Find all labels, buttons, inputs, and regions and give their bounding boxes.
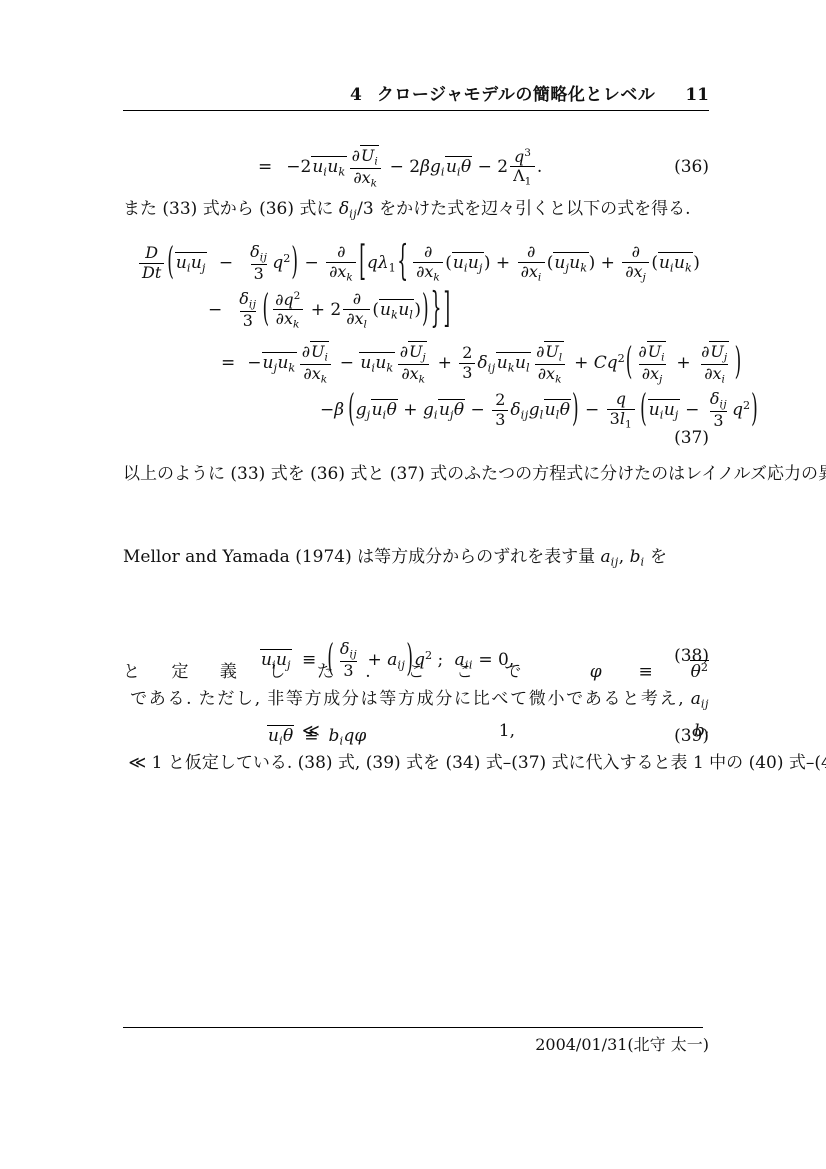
math-token: Λ xyxy=(513,166,525,185)
math-token: x xyxy=(713,364,722,383)
math-token: ∂ xyxy=(704,364,712,383)
math-token: ∂q2∂xk xyxy=(272,290,303,331)
equation-number: (37) xyxy=(674,428,709,448)
math-token: ij xyxy=(249,299,257,311)
math-token: x xyxy=(634,262,643,281)
math-token: u xyxy=(398,300,409,320)
math-token: ∂ xyxy=(701,342,709,361)
math-token: 2 xyxy=(462,343,472,362)
page-footer: 2004/01/31(北守 太一) xyxy=(123,1032,709,1055)
math-token: u xyxy=(312,157,323,177)
math-token: g xyxy=(430,157,441,177)
math-token: i xyxy=(705,729,709,742)
page-header: 4 クロージャモデルの簡略化とレベル 11 xyxy=(123,84,709,106)
math-token: j xyxy=(202,262,206,275)
math-token: + xyxy=(491,253,516,273)
math-token: ) xyxy=(572,392,579,429)
math-token: a xyxy=(601,547,611,567)
math-token: ∂ xyxy=(337,242,345,261)
math-token: ∂Ui∂xj xyxy=(635,341,669,386)
math-token: δ xyxy=(477,353,487,373)
section-number: 4 xyxy=(350,84,362,106)
math-token: ij xyxy=(349,208,357,221)
math-token: [ xyxy=(359,243,366,284)
math-token: ukul xyxy=(496,352,531,375)
math-token: ∂ xyxy=(424,242,432,261)
math-token: ( xyxy=(651,253,658,273)
math-token: 2 xyxy=(701,661,708,674)
math-token: } xyxy=(431,290,442,331)
math-token: 1 xyxy=(389,262,397,275)
paragraph-mellor-yamada: Mellor and Yamada (1974) は等方成分からのずれを表す量 … xyxy=(123,545,709,575)
math-token: 3 xyxy=(240,311,256,331)
math-token: − xyxy=(247,353,261,373)
math-token: ∂xj xyxy=(622,262,649,284)
math-token: ∂ xyxy=(400,342,408,361)
equation-line: −β(gjuiθ + giujθ − 23δijglulθ) − q3l1(ui… xyxy=(123,384,709,428)
math-token: u xyxy=(515,353,526,373)
math-token: uiuk xyxy=(658,252,693,275)
math-token: ∂ xyxy=(421,243,435,262)
math-token: ≡ xyxy=(602,662,690,682)
math-token: ij xyxy=(521,409,529,422)
math-token: ) xyxy=(735,345,742,382)
math-token: q3Λ1 xyxy=(510,147,535,188)
math-token: 1 xyxy=(525,176,532,188)
math-token: , xyxy=(619,547,630,567)
math-token: ) xyxy=(693,253,700,273)
math-token: ∂∂xi xyxy=(518,243,545,284)
math-token: ( xyxy=(372,300,379,320)
math-token: g xyxy=(529,400,540,420)
math-token: ) xyxy=(422,292,429,329)
math-token: x xyxy=(546,364,555,383)
math-token: x xyxy=(650,364,659,383)
math-token: i xyxy=(705,729,709,742)
math-token: 3 xyxy=(610,409,620,428)
math-token: u xyxy=(545,400,556,420)
math-token: DDt xyxy=(139,244,164,283)
math-token: ij xyxy=(260,252,268,264)
document-page: 4 クロージャモデルの簡略化とレベル 11 =−2uiuk∂Ui∂xk − 2β… xyxy=(0,0,826,1169)
math-token: i xyxy=(374,155,378,167)
math-token: i xyxy=(661,352,665,364)
math-token: D xyxy=(142,263,155,282)
math-token: ≪ 1 と仮定している. (38) 式, (39) 式を (34) 式–(37)… xyxy=(123,753,826,773)
math-token: δij3 xyxy=(247,243,270,284)
math-token: を xyxy=(645,547,667,567)
math-token: k xyxy=(338,166,345,179)
math-token: q xyxy=(607,353,618,373)
math-token: x xyxy=(284,309,293,328)
math-token: i xyxy=(538,272,542,284)
math-token: φ xyxy=(590,662,602,682)
math-token: ≪ 1, xyxy=(123,721,694,741)
math-token: ujuk xyxy=(553,252,588,275)
math-token: ∂xj xyxy=(639,364,666,386)
math-token: Dt xyxy=(139,263,164,283)
math-token: u xyxy=(497,353,508,373)
math-token: uiθ xyxy=(445,156,472,179)
math-token: 2 xyxy=(294,290,301,302)
math-token: x xyxy=(312,364,321,383)
math-token: また (33) 式から (36) 式に xyxy=(123,199,339,219)
math-token: ukul xyxy=(379,299,414,322)
math-token: ij xyxy=(701,697,709,710)
math-token: 3 xyxy=(495,410,505,429)
math-token: ∂ xyxy=(642,364,650,383)
math-token: 3l1 xyxy=(607,409,635,431)
math-token: k xyxy=(433,272,440,284)
math-token: u xyxy=(446,157,457,177)
math-token: Ui xyxy=(360,145,379,168)
math-token: q xyxy=(514,147,524,166)
math-token: ∂ xyxy=(638,342,646,361)
math-token: Ui xyxy=(310,341,329,364)
math-token: u xyxy=(554,253,565,273)
math-token: − xyxy=(680,400,705,420)
math-token: ∂Ui xyxy=(299,341,333,364)
math-token: l xyxy=(526,362,530,375)
math-token: l xyxy=(526,362,530,375)
math-token: ∂∂xk xyxy=(413,243,443,284)
math-token: ∂ xyxy=(302,342,310,361)
math-token: l xyxy=(364,318,368,330)
math-token: ij xyxy=(260,252,268,264)
math-token: 2 xyxy=(618,352,625,365)
math-token: k xyxy=(288,362,295,375)
math-token: 2 xyxy=(495,390,505,409)
math-token: k xyxy=(346,272,353,284)
math-token: δij xyxy=(337,640,360,661)
math-token: D xyxy=(142,244,161,263)
math-token: j xyxy=(643,272,647,284)
math-token: である. ただし, 非等方成分は等方成分に比べて微小であると考え, xyxy=(123,689,691,709)
math-token: g xyxy=(356,400,367,420)
math-token: ( xyxy=(167,245,174,282)
math-token: ∂ xyxy=(632,242,640,261)
math-token: k xyxy=(580,262,587,275)
math-token: 23 xyxy=(492,391,508,430)
math-token: θ xyxy=(454,400,464,420)
math-token: k xyxy=(293,319,300,331)
math-token: 1 xyxy=(625,419,632,431)
math-token: ( xyxy=(640,392,647,429)
math-token: θ xyxy=(387,400,397,420)
math-token: = xyxy=(221,353,235,373)
math-token: q xyxy=(616,389,626,408)
math-token: 3 xyxy=(713,411,723,430)
math-token: 2 xyxy=(283,252,290,265)
math-token: u xyxy=(453,253,464,273)
math-token: U xyxy=(545,342,558,361)
math-token: ∂Uj∂xi xyxy=(698,341,732,386)
math-token: u xyxy=(375,353,386,373)
math-token: − xyxy=(208,300,222,320)
math-token: + xyxy=(569,353,594,373)
math-token: ∂ xyxy=(353,289,361,308)
math-token: ∂xk xyxy=(398,364,428,386)
math-token: + xyxy=(671,353,696,373)
math-token: δ xyxy=(239,289,249,308)
math-token: 2 xyxy=(492,391,508,410)
math-token: 2 xyxy=(497,157,508,177)
math-token: i xyxy=(538,272,542,284)
math-token: j xyxy=(643,272,647,284)
math-token: δ xyxy=(339,199,349,219)
math-token: 3 xyxy=(524,147,531,159)
math-token: U xyxy=(361,146,374,165)
math-token: − xyxy=(334,353,359,373)
math-token: 3 xyxy=(462,363,472,382)
math-token: ∂∂xj xyxy=(622,243,649,284)
math-token: δ xyxy=(250,242,260,261)
math-token: k xyxy=(508,362,515,375)
math-token: i xyxy=(374,155,378,167)
equation-number: (36) xyxy=(674,157,709,177)
math-token: ∂Uj xyxy=(698,341,732,364)
math-token: 23 xyxy=(459,344,475,383)
math-token: u xyxy=(360,353,371,373)
math-token: 2 xyxy=(294,290,301,302)
math-token: ∂Ul∂xk xyxy=(533,341,567,386)
math-token: q3 xyxy=(511,147,534,167)
math-token: k xyxy=(580,262,587,275)
math-token: δij xyxy=(707,390,730,411)
math-token: 2 xyxy=(283,252,290,265)
math-token: ij xyxy=(719,399,727,411)
math-token: δij xyxy=(247,243,270,264)
equation-number-row: (37) xyxy=(123,428,709,448)
math-token: ) xyxy=(291,245,298,282)
math-token: g xyxy=(423,400,434,420)
math-token: uiuj xyxy=(452,252,484,275)
math-token: + xyxy=(305,300,330,320)
math-token: . xyxy=(537,157,542,177)
footer-date-author: 2004/01/31(北守 太一) xyxy=(535,1035,709,1054)
math-token: ∂ xyxy=(629,243,643,262)
math-token: ( xyxy=(445,253,452,273)
equation-line: =−ujuk∂Ui∂xk − uiuk∂Uj∂xk + 23δijukul∂Ul… xyxy=(123,334,709,384)
math-token: j xyxy=(479,262,483,275)
math-token: + xyxy=(432,353,457,373)
math-token: U xyxy=(311,342,324,361)
math-token: ulθ xyxy=(544,399,571,422)
math-token: 3 xyxy=(524,147,531,159)
math-token: u xyxy=(327,157,338,177)
header-rule xyxy=(123,110,709,111)
math-token: ∂xi xyxy=(518,262,545,284)
math-token: 3 xyxy=(243,311,253,330)
math-token: b xyxy=(694,721,705,741)
math-token: − xyxy=(472,157,497,177)
math-token: ∂Uj∂xk xyxy=(397,341,431,386)
math-token: x xyxy=(362,168,371,187)
math-token: x xyxy=(355,309,364,328)
math-token: k xyxy=(685,262,692,275)
math-token: ∂Ui xyxy=(349,145,383,168)
math-token: Λ1 xyxy=(510,166,535,188)
math-token: 2 xyxy=(743,399,750,412)
math-token: j xyxy=(724,352,728,364)
math-token: 2 xyxy=(743,399,750,412)
math-token: ] xyxy=(443,290,450,331)
math-token: k xyxy=(508,362,515,375)
math-token: δij3 xyxy=(236,290,259,331)
math-token: 1 xyxy=(625,419,632,431)
math-token: ∂Ui xyxy=(635,341,669,364)
math-token: k xyxy=(386,362,393,375)
equation-line: −δij3(∂q2∂xk + 2∂∂xl(ukul))}] xyxy=(123,286,709,334)
math-token: t xyxy=(155,263,161,282)
math-token: U xyxy=(710,342,723,361)
math-token: u xyxy=(649,400,660,420)
math-token: ∂Ui∂xk xyxy=(349,145,383,190)
math-token: ∂ xyxy=(350,290,364,309)
math-token: ∂ xyxy=(401,364,409,383)
math-token: j xyxy=(724,352,728,364)
math-token: u xyxy=(664,400,675,420)
math-token: ∂Ui∂xk xyxy=(299,341,333,386)
math-token: q xyxy=(732,400,743,420)
math-token: u xyxy=(468,253,479,273)
math-token: ∂xk xyxy=(326,262,356,284)
math-token: ) xyxy=(751,392,758,429)
math-token: ∂ xyxy=(352,146,360,165)
math-token: l xyxy=(364,318,368,330)
math-token: 3 xyxy=(254,264,264,283)
math-token: ) xyxy=(484,253,491,273)
equation-line: DDt(uiuj−δij3q2) − ∂∂xk[qλ1{∂∂xk(uiuj) +… xyxy=(123,232,709,286)
math-token: u xyxy=(439,400,450,420)
math-token: ∂ xyxy=(524,243,538,262)
math-token: { xyxy=(397,243,408,284)
math-token: ∂ xyxy=(334,243,348,262)
math-token: q xyxy=(613,390,629,409)
math-token: ij xyxy=(521,409,529,422)
math-token: 2 xyxy=(459,344,475,363)
math-token: ij xyxy=(488,362,496,375)
math-token: ∂ xyxy=(303,364,311,383)
math-token: C xyxy=(594,353,607,373)
math-token: u xyxy=(674,253,685,273)
math-token: ∂ xyxy=(346,309,354,328)
math-token: 3 xyxy=(251,264,267,284)
math-token: 2 xyxy=(409,157,420,177)
math-token: l xyxy=(559,352,563,364)
math-token: u xyxy=(277,353,288,373)
math-token: ∂xk xyxy=(273,309,303,331)
math-token: q3l1 xyxy=(607,390,635,431)
math-token: j xyxy=(479,262,483,275)
math-token: x xyxy=(529,262,538,281)
paragraph-intro-37: また (33) 式から (36) 式に δij/3 をかけた式を辺々引くと以下の… xyxy=(123,196,709,228)
math-token: β xyxy=(334,400,344,420)
math-token: ij xyxy=(488,362,496,375)
math-token: − xyxy=(465,400,490,420)
math-token: a xyxy=(691,689,701,709)
paragraph-definitions: と定義した. ここで φ ≡ θ2 である. ただし, 非等方成分は等方成分に比… xyxy=(123,659,709,776)
math-token: u xyxy=(659,253,670,273)
math-token: ij xyxy=(611,556,619,569)
math-token: j xyxy=(422,352,426,364)
math-token: ∂ xyxy=(353,168,361,187)
math-token: β xyxy=(420,157,430,177)
math-token: ujuk xyxy=(262,352,297,375)
math-token: k xyxy=(371,178,378,190)
math-token: ∂q2 xyxy=(272,290,303,310)
math-token: k xyxy=(685,262,692,275)
math-token: ∂xk xyxy=(413,262,443,284)
section-title: クロージャモデルの簡略化とレベル xyxy=(377,84,655,106)
math-token: ij xyxy=(701,697,709,710)
math-token: ∂xk xyxy=(300,364,330,386)
math-token: ij xyxy=(249,299,257,311)
math-token: θ xyxy=(560,400,570,420)
math-token: k xyxy=(338,166,345,179)
math-token: θ xyxy=(461,157,471,177)
math-token: l xyxy=(559,352,563,364)
math-token: ∂ xyxy=(521,262,529,281)
math-token: ∂xk xyxy=(535,364,565,386)
math-token: u xyxy=(569,253,580,273)
math-token: − xyxy=(580,400,605,420)
math-token: q xyxy=(367,253,378,273)
math-token: i xyxy=(661,352,665,364)
math-token: j xyxy=(202,262,206,275)
math-token: Uj xyxy=(408,341,427,364)
math-token: λ xyxy=(378,253,389,273)
math-token: uiuk xyxy=(359,352,394,375)
math-token: 1 xyxy=(389,262,397,275)
math-token: j xyxy=(675,409,679,422)
math-token: Uj xyxy=(709,341,728,364)
math-token: = xyxy=(258,157,272,177)
math-token: ij xyxy=(349,208,357,221)
footer-rule xyxy=(123,1027,703,1028)
math-token: x xyxy=(410,364,419,383)
math-token: −2 xyxy=(286,157,311,177)
math-token: ∂∂xl xyxy=(343,290,370,331)
math-token: ∂xk xyxy=(350,168,380,190)
math-token: ∂Uj xyxy=(397,341,431,364)
math-token: ∂ xyxy=(625,262,633,281)
math-token: j xyxy=(422,352,426,364)
math-token: Ui xyxy=(647,341,666,364)
math-token: − xyxy=(219,253,233,273)
math-token: ( xyxy=(348,392,355,429)
math-token: δij3 xyxy=(707,390,730,431)
math-token: ( xyxy=(547,253,554,273)
math-token: − xyxy=(384,157,409,177)
math-token: ∂ xyxy=(527,242,535,261)
math-token: Ul xyxy=(544,341,563,364)
math-token: ( xyxy=(263,292,270,329)
math-token: k xyxy=(433,272,440,284)
math-token: + xyxy=(398,400,423,420)
math-token: u xyxy=(176,253,187,273)
math-token: ∂xl xyxy=(343,309,370,331)
math-token: ) xyxy=(414,300,421,320)
math-token: ∂Ul xyxy=(533,341,567,364)
math-token: u xyxy=(263,353,274,373)
paragraph-reynolds-assumption: 以上のように (33) 式を (36) 式と (37) 式のふたつの方程式に分け… xyxy=(123,461,709,489)
math-token: 2 xyxy=(330,300,341,320)
math-token: 1 xyxy=(525,176,532,188)
math-token: θ xyxy=(691,662,701,682)
math-token: − xyxy=(299,253,324,273)
equation-line: =−2uiuk∂Ui∂xk − 2βgiuiθ − 2q3Λ1. xyxy=(123,139,709,195)
